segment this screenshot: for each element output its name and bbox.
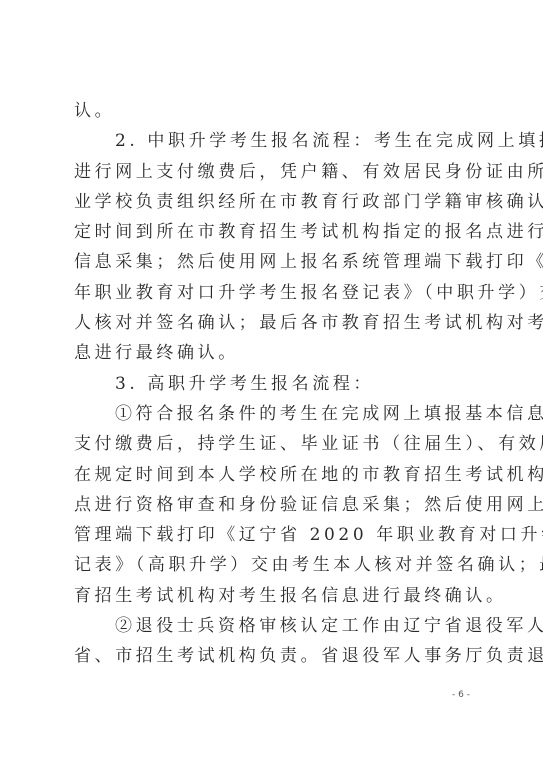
document-page: 认。 2. 中职升学考生报名流程：考生在完成网上填报基本信息 进行网上支付缴费后… bbox=[0, 0, 543, 768]
paragraph-zhongzhi-line: 息进行最终确认。 bbox=[74, 338, 470, 368]
paragraph-gaozhi-item1-line: ①符合报名条件的考生在完成网上填报基本信息进行网上 bbox=[74, 399, 470, 429]
body-text: 认。 2. 中职升学考生报名流程：考生在完成网上填报基本信息 进行网上支付缴费后… bbox=[74, 96, 470, 672]
paragraph-gaozhi-item2-line: 省、市招生考试机构负责。省退役军人事务厅负责退役士兵的 bbox=[74, 641, 470, 671]
paragraph-gaozhi-item2-line: ②退役士兵资格审核认定工作由辽宁省退役军人事务厅和 bbox=[74, 611, 470, 641]
paragraph-gaozhi-item1-line: 育招生考试机构对考生报名信息进行最终确认。 bbox=[74, 581, 470, 611]
paragraph-gaozhi-item1-line: 支付缴费后，持学生证、毕业证书（往届生）、有效居民身份证 bbox=[74, 429, 470, 459]
paragraph-gaozhi-item1-line: 管理端下载打印《辽宁省 2020 年职业教育对口升学考生报名登 bbox=[74, 520, 470, 550]
page-number: - 6 - bbox=[452, 690, 470, 700]
paragraph-zhongzhi-line: 2. 中职升学考生报名流程：考生在完成网上填报基本信息 bbox=[74, 126, 470, 156]
paragraph-zhongzhi-line: 定时间到所在市教育招生考试机构指定的报名点进行身份验证 bbox=[74, 217, 470, 247]
paragraph-gaozhi-item1-line: 在规定时间到本人学校所在地的市教育招生考试机构指定报名 bbox=[74, 460, 470, 490]
paragraph-zhongzhi-line: 信息采集；然后使用网上报名系统管理端下载打印《辽宁省 2020 bbox=[74, 247, 470, 277]
paragraph-zhongzhi-line: 人核对并签名确认；最后各市教育招生考试机构对考生报名信 bbox=[74, 308, 470, 338]
paragraph-zhongzhi-line: 进行网上支付缴费后，凭户籍、有效居民身份证由所在中等职 bbox=[74, 157, 470, 187]
text-line: 认。 bbox=[74, 96, 470, 126]
paragraph-zhongzhi-line: 年职业教育对口升学考生报名登记表》（中职升学）交由考生本 bbox=[74, 278, 470, 308]
paragraph-zhongzhi-line: 业学校负责组织经所在市教育行政部门学籍审核确认后，在规 bbox=[74, 187, 470, 217]
paragraph-gaozhi-item1-line: 点进行资格审查和身份验证信息采集；然后使用网上报名系统 bbox=[74, 490, 470, 520]
section-heading-gaozhi: 3. 高职升学考生报名流程： bbox=[74, 369, 470, 399]
paragraph-gaozhi-item1-line: 记表》（高职升学）交由考生本人核对并签名确认；最后各市教 bbox=[74, 550, 470, 580]
